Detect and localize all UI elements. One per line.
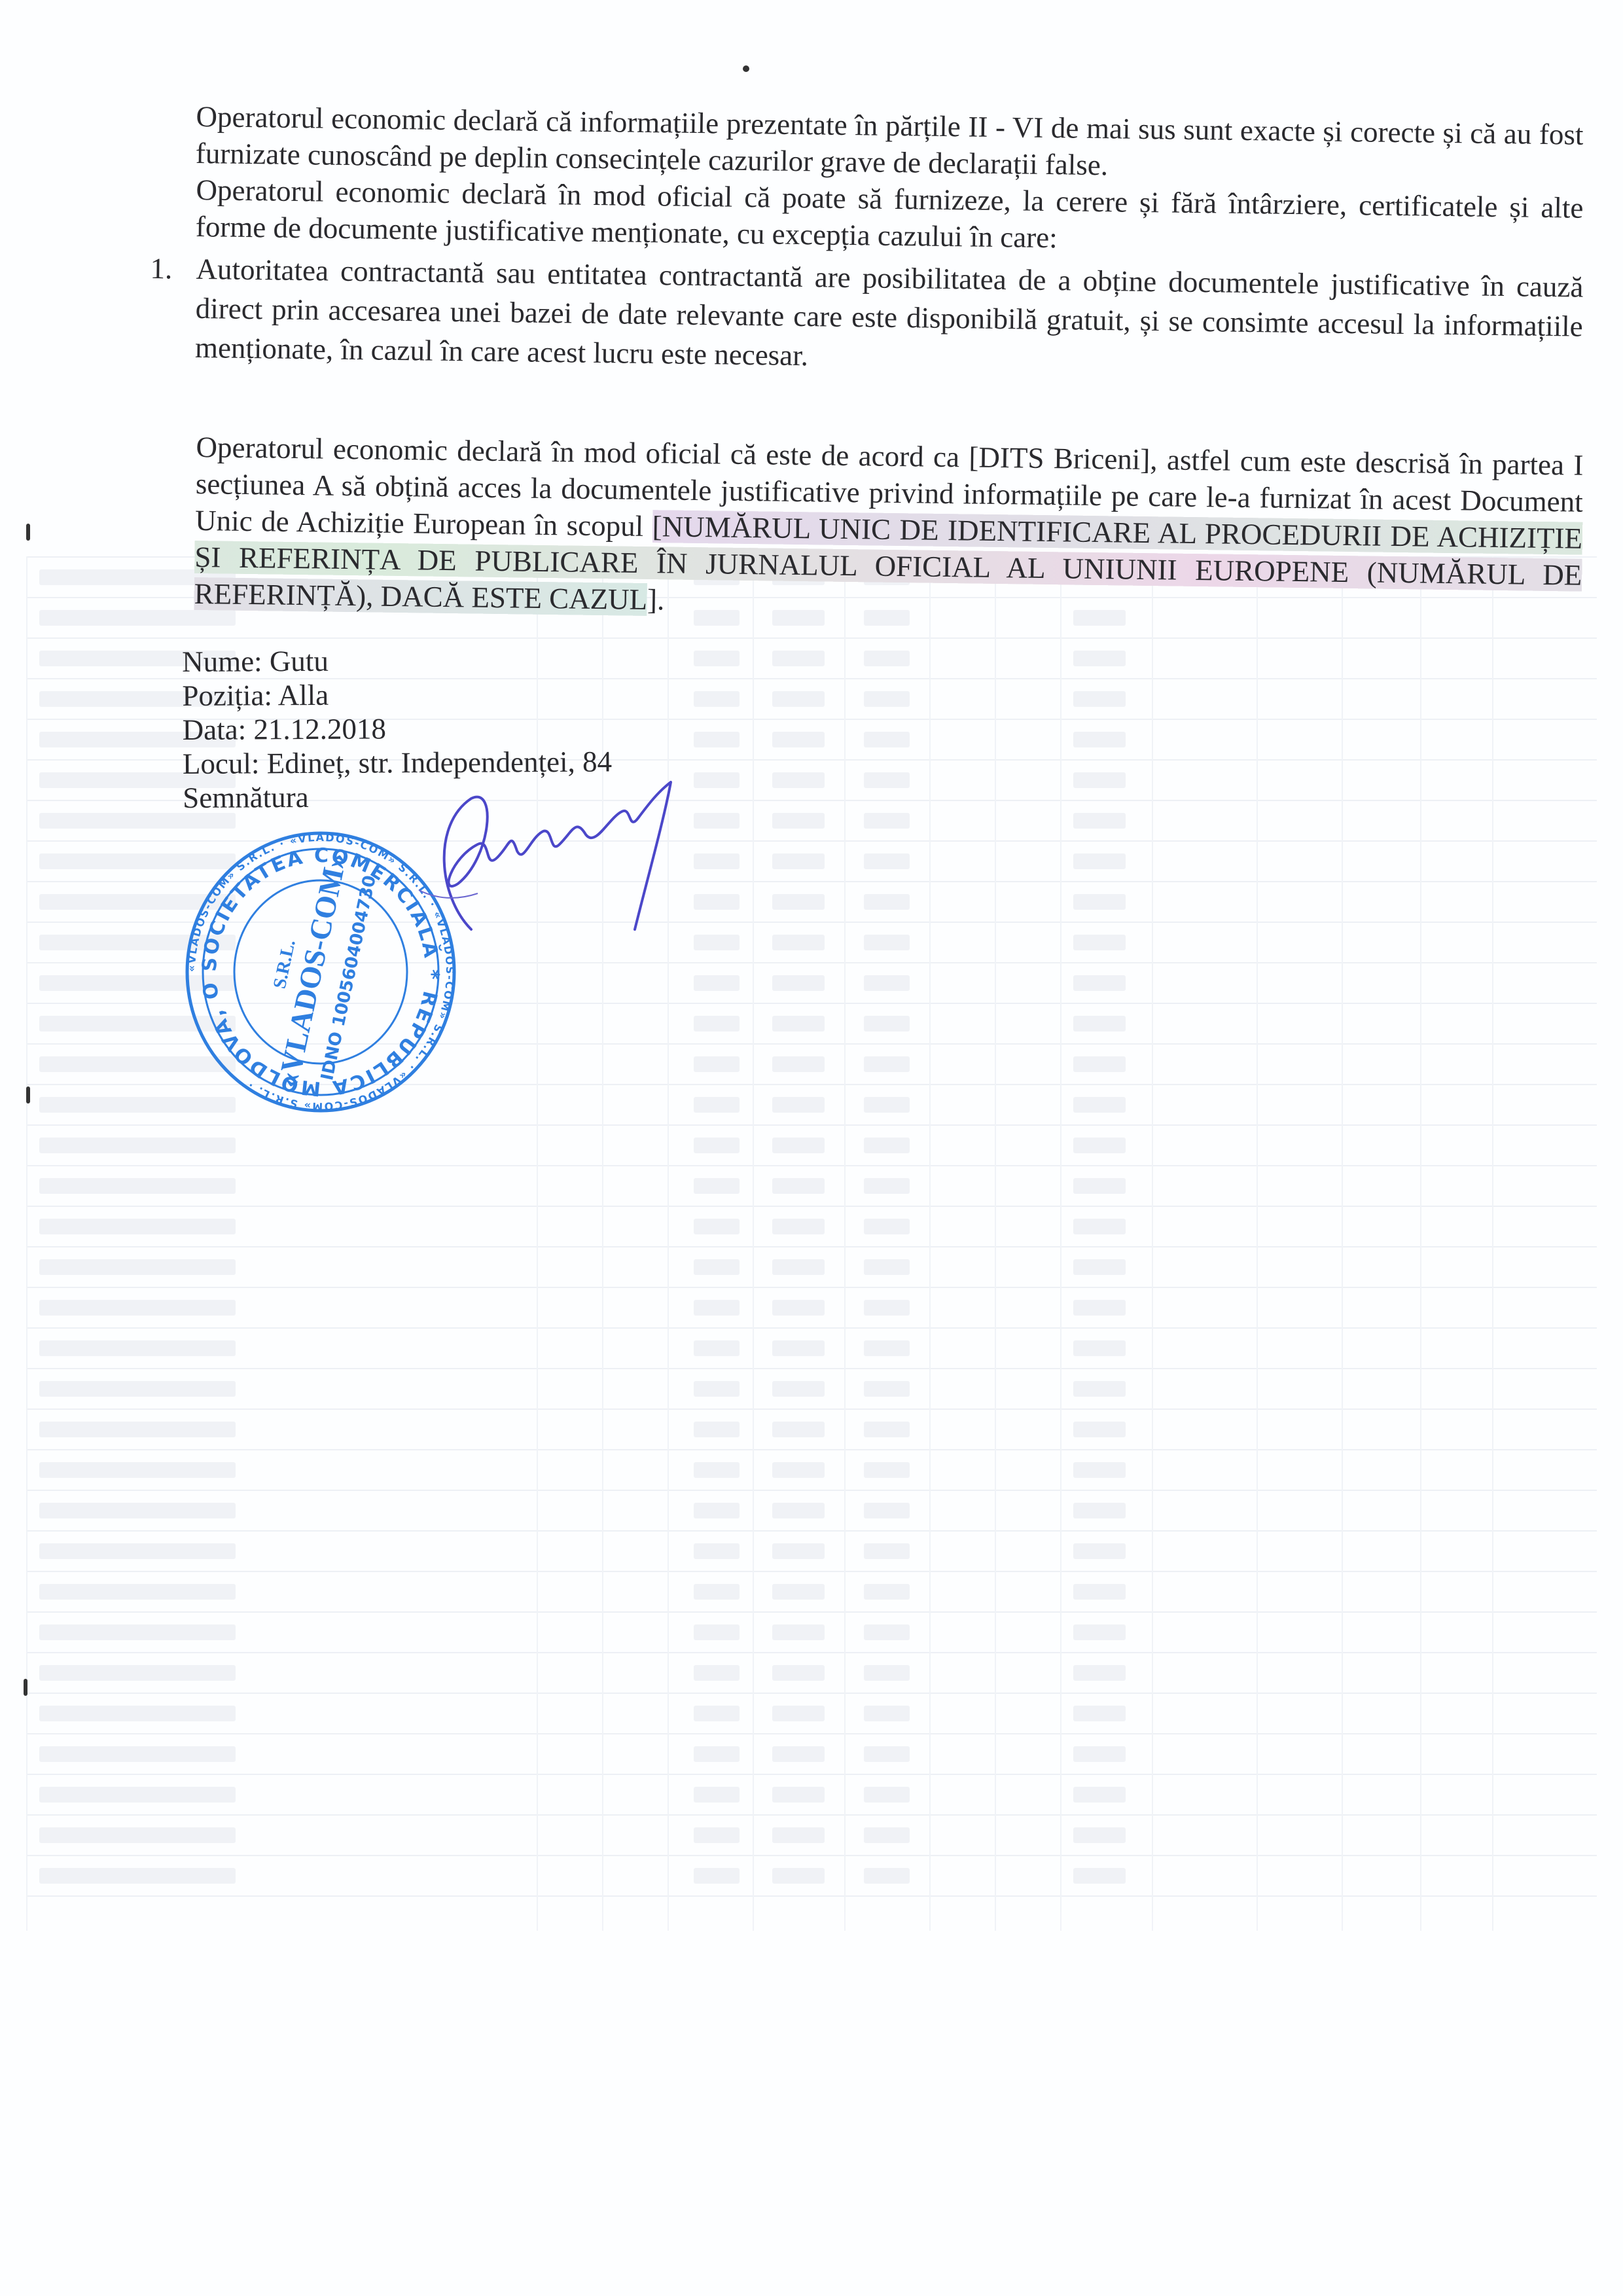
signatory-date: Data: 21.12.2018 bbox=[183, 711, 612, 747]
scan-speck bbox=[26, 1086, 30, 1103]
list-item-number: 1. bbox=[150, 249, 173, 288]
handwritten-signature-icon bbox=[412, 779, 687, 949]
scan-speck bbox=[26, 524, 30, 541]
paragraph-access-consent: Operatorul economic declară în mod ofici… bbox=[194, 429, 1583, 630]
list-item: Autoritatea contractantă sau entitatea c… bbox=[195, 249, 1584, 386]
signatory-place: Locul: Edineț, str. Independenței, 84 bbox=[183, 745, 612, 781]
signatory-name: Nume: Gutu bbox=[182, 643, 611, 679]
scan-speck bbox=[24, 1679, 27, 1696]
consent-text-end: ]. bbox=[647, 583, 665, 616]
document-page: Operatorul economic declară că informați… bbox=[0, 0, 1623, 2296]
scan-speck bbox=[743, 65, 749, 72]
signatory-position: Poziția: Alla bbox=[182, 677, 611, 713]
exception-list: 1. Autoritatea contractantă sau entitate… bbox=[149, 249, 1584, 386]
